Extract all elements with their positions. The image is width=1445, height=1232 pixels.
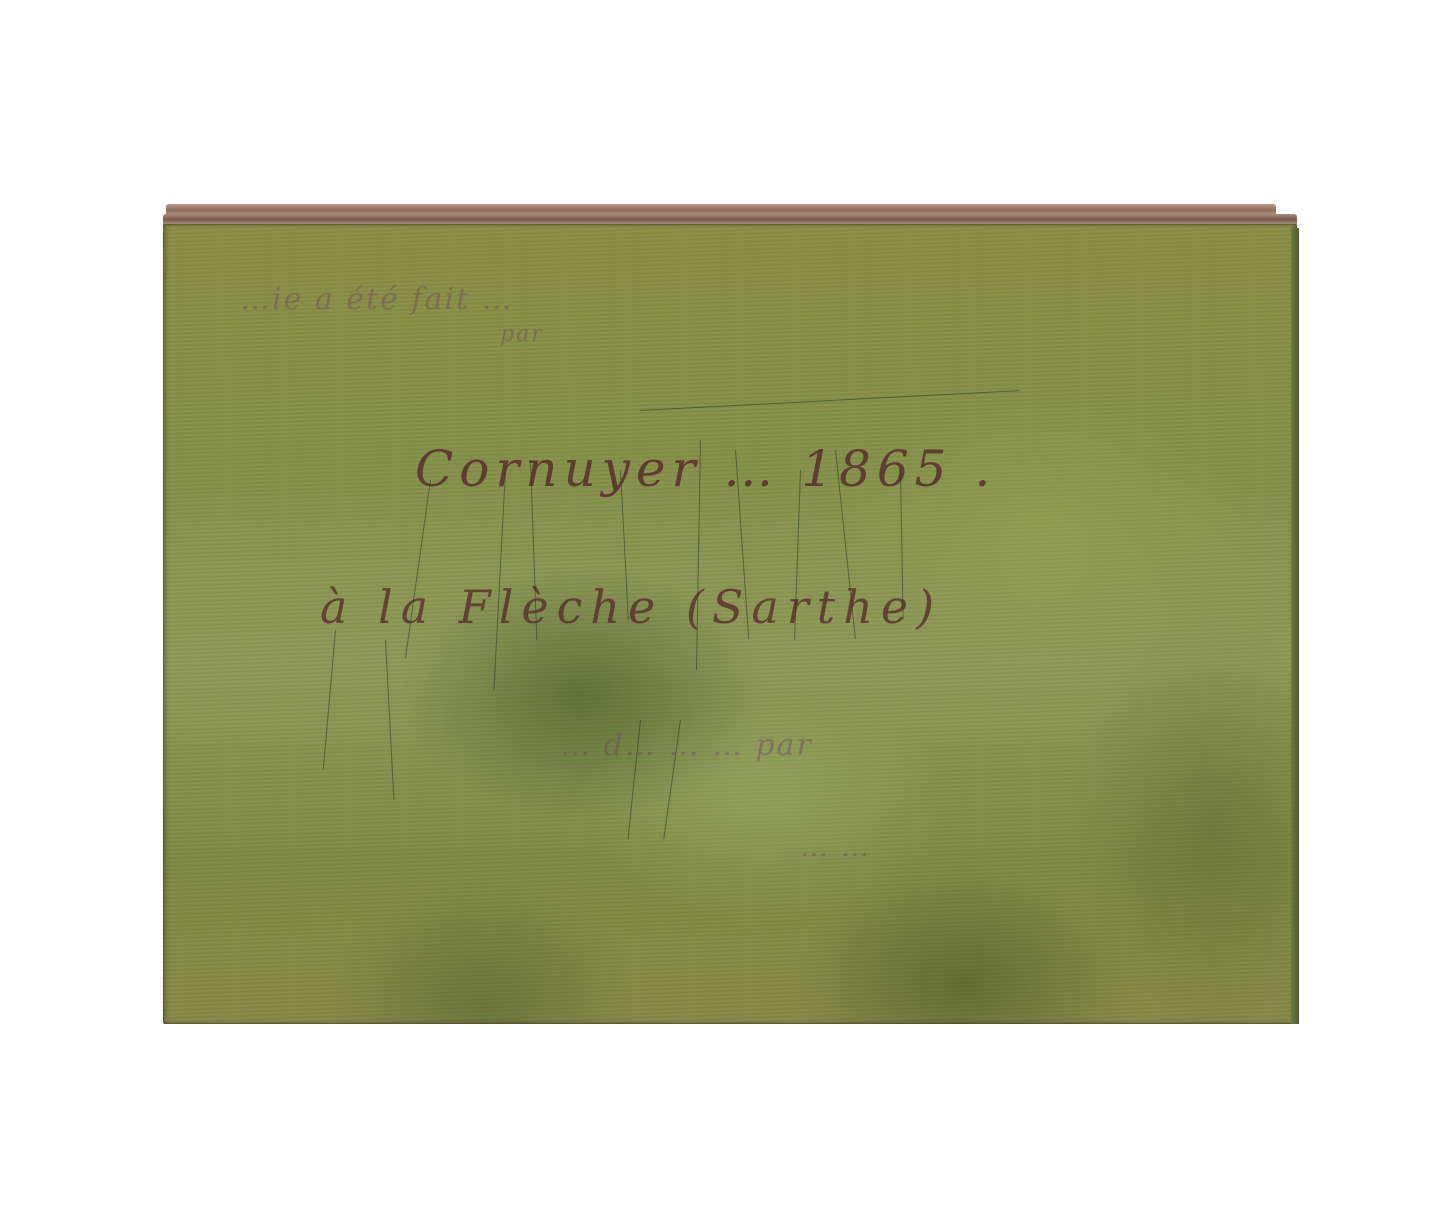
panel-right-edge xyxy=(1291,228,1299,1024)
inscription-line-6: … … xyxy=(800,830,871,863)
inscription-line-2: par xyxy=(500,322,544,347)
inscription-line-3: Cornuyer … 1865 . xyxy=(415,440,996,498)
inscription-line-5: … d… … … par xyxy=(560,728,813,763)
inscription-line-1: …ie a été fait … xyxy=(240,282,514,317)
